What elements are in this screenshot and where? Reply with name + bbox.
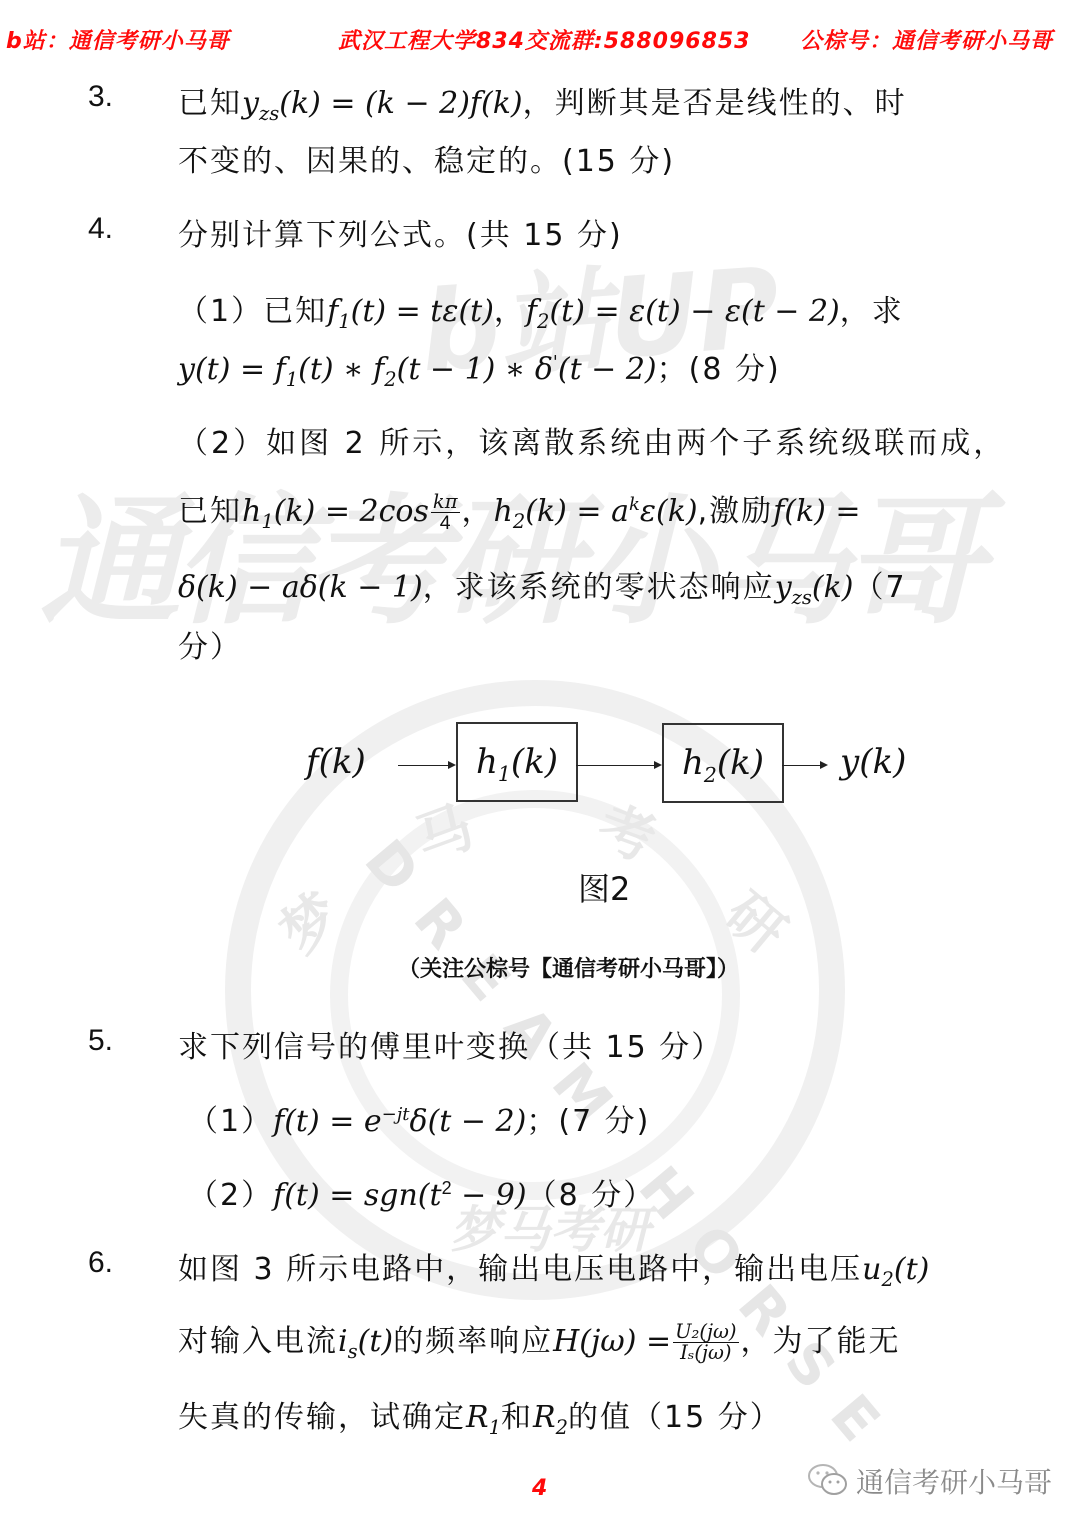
q5-part1: （1）f(t) = e−jtδ(t − 2)；(7 分) [188,1096,650,1140]
header-bilibili: b站：通信考研小马哥 [6,24,230,55]
fraction-kpi-4: kπ4 [431,492,460,534]
question-number: 3. [88,80,113,114]
wechat-account-label: 通信考研小马哥 [856,1461,1052,1501]
question-number: 5. [88,1024,113,1058]
arrow-icon [398,765,454,766]
question-number: 4. [88,212,113,246]
figure-caption: 图2 [578,864,630,910]
fraction-transfer-function: U₂(jω)Iₛ(jω) [673,1322,738,1364]
question-number: 6. [88,1246,113,1280]
diagram-input-label: f(k) [306,742,366,782]
q6-line3: 失真的传输，试确定R1和R2的值（15 分） [178,1392,782,1439]
q4-part1-line1: （1）已知f1(t) = tε(t)，f2(t) = ε(t) − ε(t − … [178,286,904,333]
diagram-output-label: y(k) [840,742,906,782]
arrow-icon [576,765,660,766]
block-h2: h2(k) [662,723,784,803]
wechat-icon [806,1460,852,1500]
block-h1: h1(k) [456,722,578,802]
q5-part2: （2）f(t) = sgn(t2 − 9)（8 分） [188,1170,655,1214]
q4-part2-line3: δ(k) − aδ(k − 1)，求该系统的零状态响应yzs(k)（7 [178,562,907,609]
header-account: 公棕号：通信考研小马哥 [800,24,1053,55]
header-group: 武汉工程大学834交流群:588096853 [338,24,751,55]
q6-line2: 对输入电流is(t)的频率响应H(jω) =U₂(jω)Iₛ(jω)，为了能无 [178,1316,901,1363]
page-number: 4 [532,1476,547,1501]
follow-notice: （关注公棕号【通信考研小马哥】） [398,952,739,983]
q4-part1-line2: y(t) = f1(t) ∗ f2(t − 1) ∗ δ'(t − 2)；(8 … [178,344,781,391]
q4-part2-line1: （2）如图 2 所示，该离散系统由两个子系统级联而成， [178,418,1006,462]
arrow-icon [782,765,826,766]
q6-line1: 如图 3 所示电路中，输出电压电路中，输出电压u2(t) [178,1244,929,1291]
q3-line2: 不变的、因果的、稳定的。(15 分) [178,136,675,180]
watermark-brand: 通信考研小马哥 [40,450,978,651]
q4-part2-line4: 分） [178,622,242,666]
q5-title: 求下列信号的傅里叶变换（共 15 分） [178,1022,723,1066]
q4-part2-line2: 已知h1(k) = 2coskπ4，h2(k) = akε(k),激励f(k) … [178,486,861,533]
q3-line1: 已知yzs(k) = (k − 2)f(k)，判断其是否是线性的、时 [178,78,907,125]
figure2-diagram: f(k) h1(k) h2(k) y(k) 图2 [262,700,930,905]
q4-title: 分别计算下列公式。(共 15 分) [178,210,623,254]
